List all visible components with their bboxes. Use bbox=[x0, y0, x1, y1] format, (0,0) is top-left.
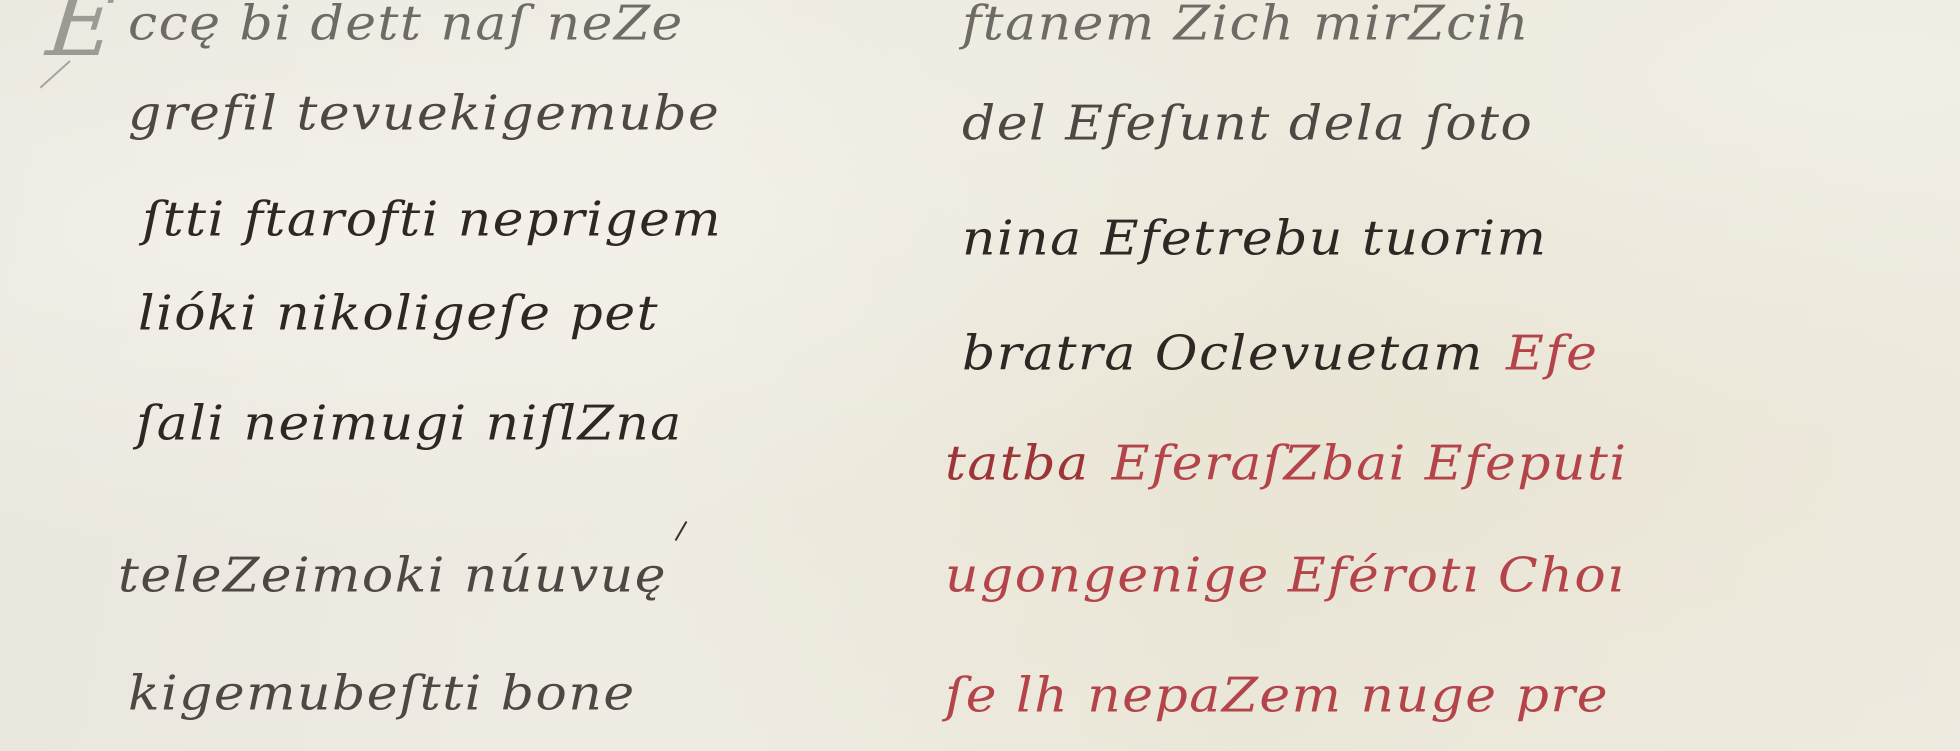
rubric-segment: ugongenige Eférotı Choı bbox=[945, 548, 1625, 603]
text-line: ſtti ftarofti neprigem bbox=[142, 196, 722, 244]
text-line: kigemubeſtti bone bbox=[128, 670, 636, 718]
text-line: teleZeimoki núuvuę bbox=[118, 552, 667, 600]
text-line: lióki nikoligeſe pet bbox=[138, 290, 659, 338]
rubric-segment: EferaſZbai Efeputi bbox=[1112, 436, 1628, 491]
text-line: tatbaEferaſZbai Efeputi bbox=[945, 440, 1628, 488]
text-line: bratra OclevuetamEfe bbox=[962, 330, 1598, 378]
text-line: ſali neimugi niſlZna bbox=[136, 400, 683, 448]
text-segment: nina Efetrebu tuorim bbox=[962, 211, 1547, 266]
rubric-segment: tatba bbox=[945, 436, 1090, 491]
text-segment: ftanem Zich mirZcih bbox=[962, 0, 1530, 52]
rubric-segment: ſe lh nepaZem nuge pre bbox=[945, 668, 1609, 723]
manuscript-page: E ccę bi dett naſ neZe grefil tevuekigem… bbox=[0, 0, 1960, 751]
text-line: grefil tevuekigemube bbox=[128, 90, 720, 138]
text-line: ftanem Zich mirZcih bbox=[962, 0, 1530, 48]
rubric-segment: Efe bbox=[1506, 326, 1598, 381]
accent-mark bbox=[675, 521, 688, 541]
text-line: ſe lh nepaZem nuge pre bbox=[945, 672, 1609, 720]
text-line: ugongenige Eférotı Choı bbox=[945, 552, 1625, 600]
initial-letter: E bbox=[43, 0, 120, 70]
text-line: nina Efetrebu tuorim bbox=[962, 215, 1547, 263]
text-segment: del Efeſunt dela ſoto bbox=[962, 96, 1533, 151]
text-line: ccę bi dett naſ neZe bbox=[128, 0, 684, 48]
text-line: del Efeſunt dela ſoto bbox=[962, 100, 1533, 148]
text-segment: bratra Oclevuetam bbox=[962, 326, 1484, 381]
